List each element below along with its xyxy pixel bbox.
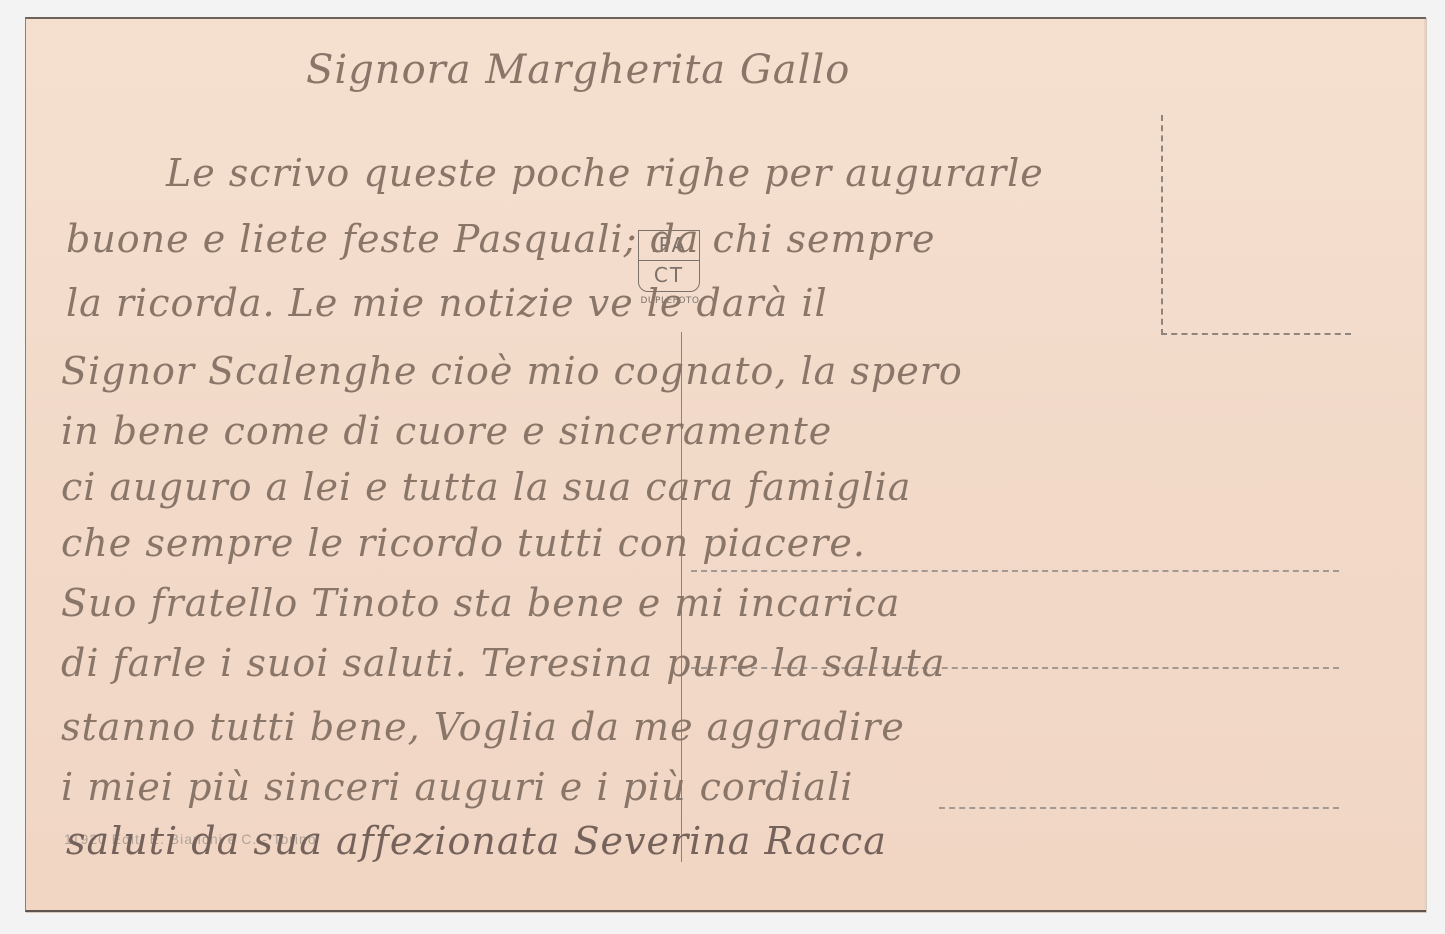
message-line-11: i miei più sinceri auguri e i più cordia… [61,765,853,809]
message-line-3: la ricorda. Le mie notizie ve le darà il [66,281,828,325]
message-line-8: Suo fratello Tinoto sta bene e mi incari… [61,581,900,625]
message-line-5: in bene come di cuore e sinceramente [61,409,832,453]
stamp-placeholder-box [1161,115,1351,335]
address-line-1 [691,570,1339,572]
message-line-7: che sempre le ricordo tutti con piacere. [61,521,866,565]
message-line-10: stanno tutti bene, Voglia da me aggradir… [61,705,905,749]
address-line-3 [939,807,1339,809]
message-line-6: ci auguro a lei e tutta la sua cara fami… [61,465,911,509]
message-line-12-signature: saluti da sua affezionata Severina Racca [66,819,887,863]
message-line-1: Le scrivo queste poche righe per augurar… [166,151,1044,195]
message-line-9: di farle i suoi saluti. Teresina pure la… [61,641,945,685]
salutation: Signora Margherita Gallo [306,47,850,93]
message-line-2: buone e liete feste Pasquali; da chi sem… [66,217,936,261]
postcard-back: IPA CT DUPLEFOTO 11920 Edit. E. Bianchi … [25,17,1426,912]
message-line-4: Signor Scalenghe cioè mio cognato, la sp… [61,349,963,393]
